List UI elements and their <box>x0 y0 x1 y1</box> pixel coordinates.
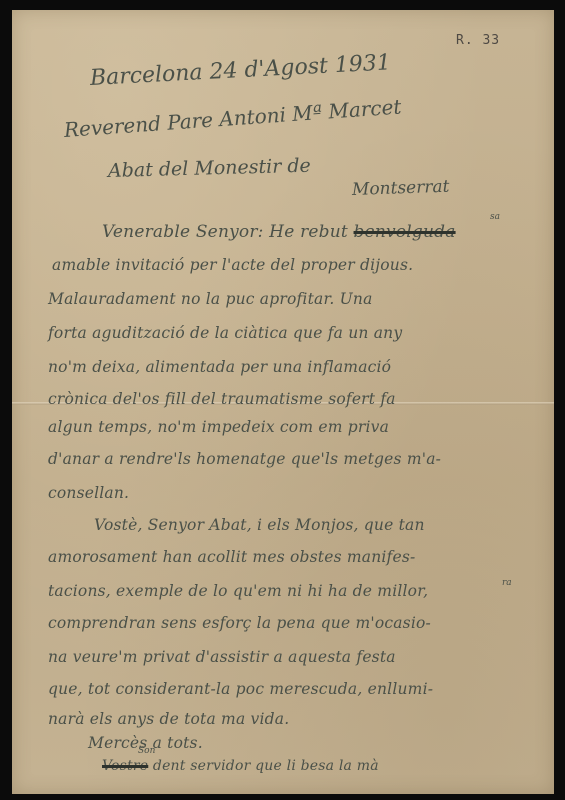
body-line-8: d'anar a rendre'ls homenatge que'ls metg… <box>48 450 441 468</box>
body-line-3: Malauradament no la puc aprofitar. Una <box>48 290 373 308</box>
body-line-6: crònica del'os fill del traumatisme sofe… <box>48 390 396 408</box>
body-line-7: algun temps, no'm impedeix com em priva <box>48 418 389 436</box>
body-line-4: forta agudització de la ciàtica que fa u… <box>48 324 402 342</box>
scanned-letter: R. 33 Barcelona 24 d'Agost 1931 Reverend… <box>0 0 565 800</box>
recipient-name: Reverend Pare Antoni Mª Marcet <box>63 94 402 142</box>
letter-sheet: R. 33 Barcelona 24 d'Agost 1931 Reverend… <box>12 10 554 794</box>
inserted-word: ra <box>502 578 512 588</box>
body-line-15: que, tot considerant-la poc merescuda, e… <box>48 680 433 698</box>
body-line-13: comprendran sens esforç la pena que m'oc… <box>48 614 431 632</box>
closing-text: dent servidor que li besa la mà <box>153 758 379 774</box>
recipient-title: Abat del Monestir de <box>108 155 311 182</box>
body-line-11: amorosament han acollit mes obstes manif… <box>48 548 415 566</box>
place-date: Barcelona 24 d'Agost 1931 <box>89 50 391 91</box>
struck-word: Vostre <box>102 758 148 774</box>
body-line-2: amable invitació per l'acte del proper d… <box>52 256 413 274</box>
recipient-place: Montserrat <box>352 177 450 200</box>
struck-word: benvolguda <box>354 222 456 242</box>
body-line-1: Venerable Senyor: He rebut benvolguda <box>102 222 456 242</box>
body-line-9: consellan. <box>48 484 129 502</box>
body-line-text: Venerable Senyor: He rebut <box>102 222 348 242</box>
body-line-14: na veure'm privat d'assistir a aquesta f… <box>48 648 396 666</box>
body-line-16: narà els anys de tota ma vida. <box>48 710 289 728</box>
closing-signoff: Vostre dent servidor que li besa la mà <box>102 758 379 774</box>
inserted-word: sa <box>490 212 500 222</box>
body-line-10: Vostè, Senyor Abat, i els Monjos, que ta… <box>94 516 425 534</box>
archive-reference: R. 33 <box>456 33 500 48</box>
body-line-12: tacions, exemple de lo qu'em ni hi ha de… <box>48 582 428 600</box>
body-line-5: no'm deixa, alimentada per una inflamaci… <box>48 358 391 376</box>
inserted-word: Son <box>138 746 155 756</box>
